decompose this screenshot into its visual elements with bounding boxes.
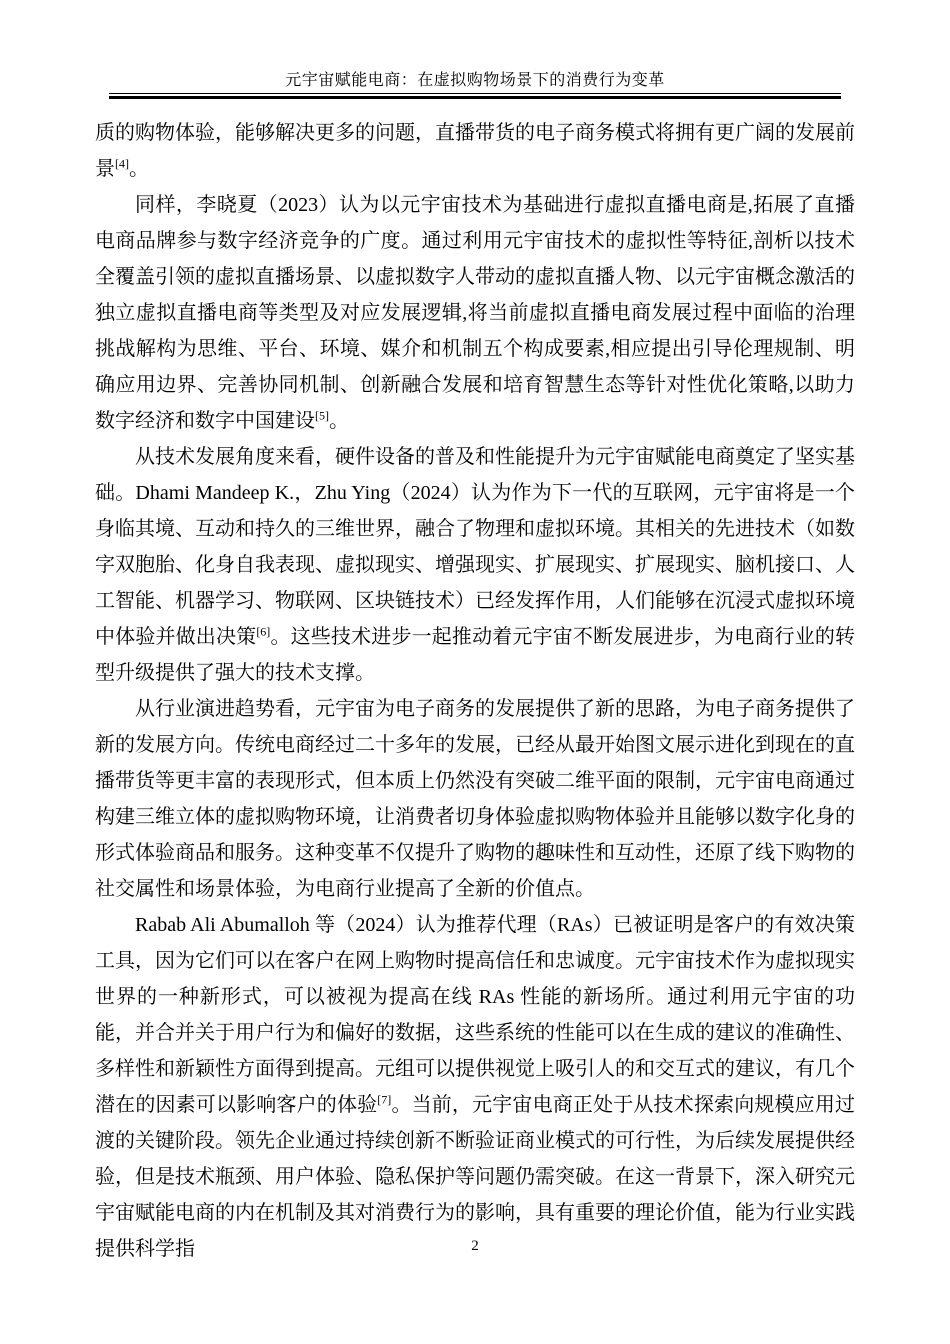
citation-ref: [4] xyxy=(115,156,129,170)
page-footer: 2 xyxy=(0,1236,950,1256)
citation-ref: [6] xyxy=(256,624,270,638)
citation-ref: [7] xyxy=(377,1092,391,1106)
citation-ref: [5] xyxy=(315,408,329,422)
page-header: 元宇宙赋能电商：在虚拟购物场景下的消费行为变革 xyxy=(95,0,855,99)
paragraph: 从行业演进趋势看，元宇宙为电子商务的发展提供了新的思路，为电子商务提供了新的发展… xyxy=(95,691,855,907)
header-title: 元宇宙赋能电商：在虚拟购物场景下的消费行为变革 xyxy=(95,70,855,92)
page-number: 2 xyxy=(471,1238,479,1254)
paragraph: 质的购物体验，能够解决更多的问题，直播带货的电子商务模式将拥有更广阔的发展前景[… xyxy=(95,115,855,187)
paragraph: Rabab Ali Abumalloh 等（2024）认为推荐代理（RAs）已被… xyxy=(95,907,855,1267)
header-rule xyxy=(109,93,841,99)
paragraph: 从技术发展角度来看，硬件设备的普及和性能提升为元宇宙赋能电商奠定了坚实基础。Dh… xyxy=(95,439,855,691)
document-page: 元宇宙赋能电商：在虚拟购物场景下的消费行为变革 质的购物体验，能够解决更多的问题… xyxy=(0,0,950,1344)
paragraph: 同样，李晓夏（2023）认为以元宇宙技术为基础进行虚拟直播电商是,拓展了直播电商… xyxy=(95,187,855,439)
document-body: 质的购物体验，能够解决更多的问题，直播带货的电子商务模式将拥有更广阔的发展前景[… xyxy=(95,115,855,1267)
